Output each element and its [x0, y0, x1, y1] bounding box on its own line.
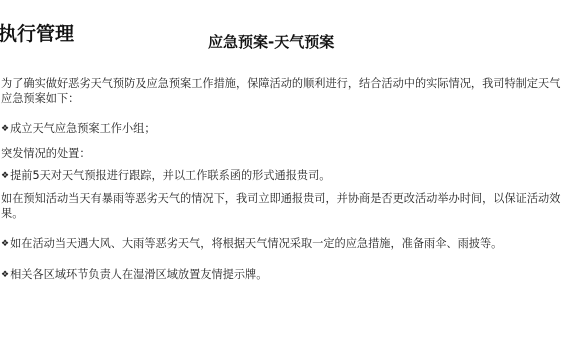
paragraph-2: 如在预知活动当天有暴雨等恶劣天气的情况下，我司立即通报贵司，并协商是否更改活动举… [1, 191, 567, 221]
diamond-bullet-icon: ❖ [1, 124, 9, 134]
diamond-bullet-icon: ❖ [1, 270, 9, 280]
subheading: 突发情况的处置： [1, 146, 567, 161]
diamond-bullet-icon: ❖ [1, 171, 9, 181]
diamond-bullet-icon: ❖ [1, 239, 9, 249]
bullet-item-1-text: 成立天气应急预案工作小组； [10, 122, 155, 135]
bullet-item-2-text: 提前5天对天气预报进行跟踪，并以工作联系函的形式通报贵司。 [10, 169, 330, 182]
bullet-item-3-text: 如在活动当天遇大风、大雨等恶劣天气，将根据天气情况采取一定的应急措施，准备雨伞、… [10, 237, 502, 250]
bullet-item-3: ❖如在活动当天遇大风、大雨等恶劣天气，将根据天气情况采取一定的应急措施，准备雨伞… [1, 236, 567, 252]
bullet-item-4-text: 相关各区域环节负责人在湿滑区域放置友情提示牌。 [10, 268, 267, 281]
bullet-item-2: ❖提前5天对天气预报进行跟踪，并以工作联系函的形式通报贵司。 [1, 168, 567, 184]
slide-title: 应急预案-天气预案 [208, 31, 334, 52]
intro-paragraph: 为了确实做好恶劣天气预防及应急预案工作措施，保障活动的顺利进行，结合活动中的实际… [1, 76, 567, 106]
section-title: 执行管理 [0, 19, 74, 46]
document-body: 为了确实做好恶劣天气预防及应急预案工作措施，保障活动的顺利进行，结合活动中的实际… [1, 76, 567, 283]
bullet-item-1: ❖成立天气应急预案工作小组； [1, 121, 567, 137]
bullet-item-4: ❖相关各区域环节负责人在湿滑区域放置友情提示牌。 [1, 267, 567, 283]
